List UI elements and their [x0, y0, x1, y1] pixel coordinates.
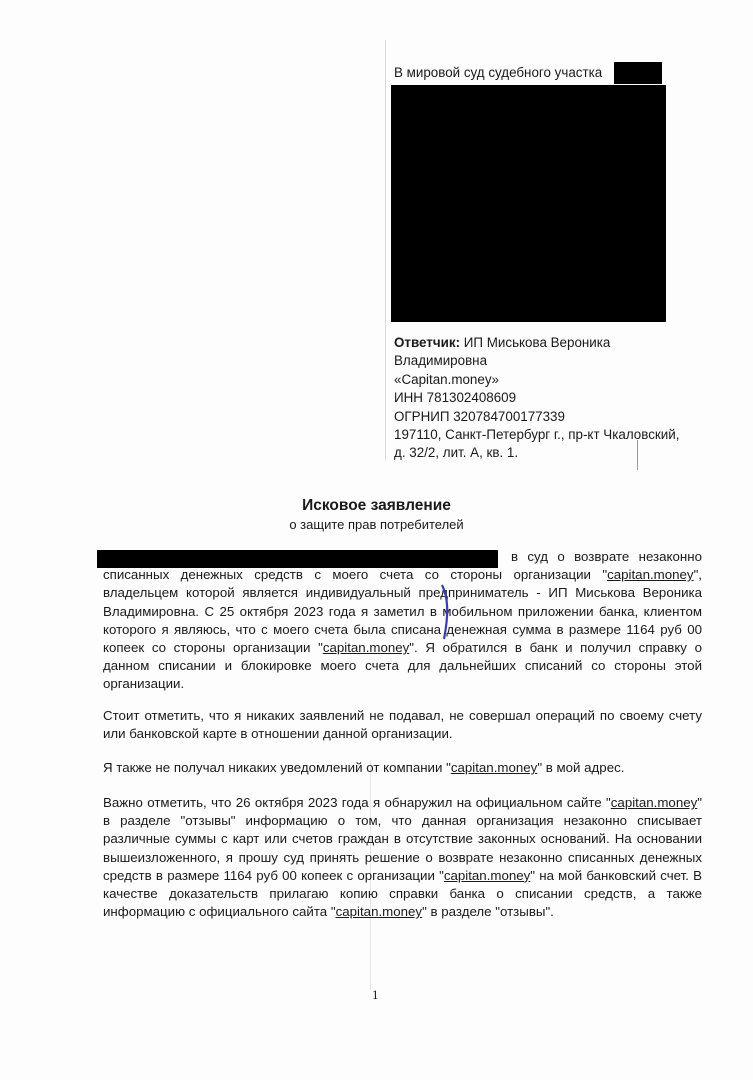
redaction-plaintiff-block — [391, 85, 666, 322]
paragraph-text: Важно отметить, что 26 октября 2023 года… — [103, 795, 611, 810]
paragraph-text: " в мой адрес. — [537, 760, 624, 775]
paragraph-no-consent: Стоит отметить, что я никаких заявлений … — [103, 707, 702, 743]
redaction-court-number — [614, 62, 662, 84]
site-reference: capitan.money — [444, 868, 530, 883]
scan-artifact — [385, 40, 386, 460]
page-number: 1 — [372, 987, 379, 1003]
site-reference: capitan.money — [323, 640, 409, 655]
paragraph-text: Стоит отметить, что я никаких заявлений … — [103, 708, 702, 741]
defendant-name-line: Ответчик: ИП Миськова Вероника — [394, 334, 704, 352]
site-reference: capitan.money — [451, 760, 537, 775]
defendant-address-line2: д. 32/2, лит. А, кв. 1. — [394, 444, 704, 462]
paragraph-claim: в суд о возврате незаконно списанных ден… — [103, 548, 702, 694]
defendant-inn: ИНН 781302408609 — [394, 389, 704, 407]
document-subtitle: о защите прав потребителей — [0, 517, 753, 532]
site-reference: capitan.money — [607, 567, 693, 582]
court-addressee: В мировой суд судебного участка — [394, 65, 602, 80]
defendant-address-line1: 197110, Санкт-Петербург г., пр-кт Чкалов… — [394, 426, 704, 444]
document-page: В мировой суд судебного участка Ответчик… — [0, 0, 753, 1080]
defendant-name: ИП Миськова Вероника — [464, 335, 611, 350]
site-reference: capitan.money — [611, 795, 697, 810]
paragraph-no-notifications: Я также не получал никаких уведомлений о… — [103, 759, 702, 777]
pen-mark-icon — [440, 583, 450, 641]
defendant-patronymic: Владимировна — [394, 352, 704, 370]
paragraph-request: Важно отметить, что 26 октября 2023 года… — [103, 794, 702, 921]
site-reference: capitan.money — [336, 904, 422, 919]
paragraph-text: Я также не получал никаких уведомлений о… — [103, 760, 451, 775]
paragraph-text: " в разделе "отзывы". — [422, 904, 554, 919]
defendant-block: Ответчик: ИП Миськова Вероника Владимиро… — [394, 334, 704, 463]
defendant-label: Ответчик: — [394, 335, 460, 350]
defendant-brand: «Capitan.money» — [394, 371, 704, 389]
defendant-ogrnip: ОГРНИП 320784700177339 — [394, 408, 704, 426]
document-title: Исковое заявление — [0, 497, 753, 515]
